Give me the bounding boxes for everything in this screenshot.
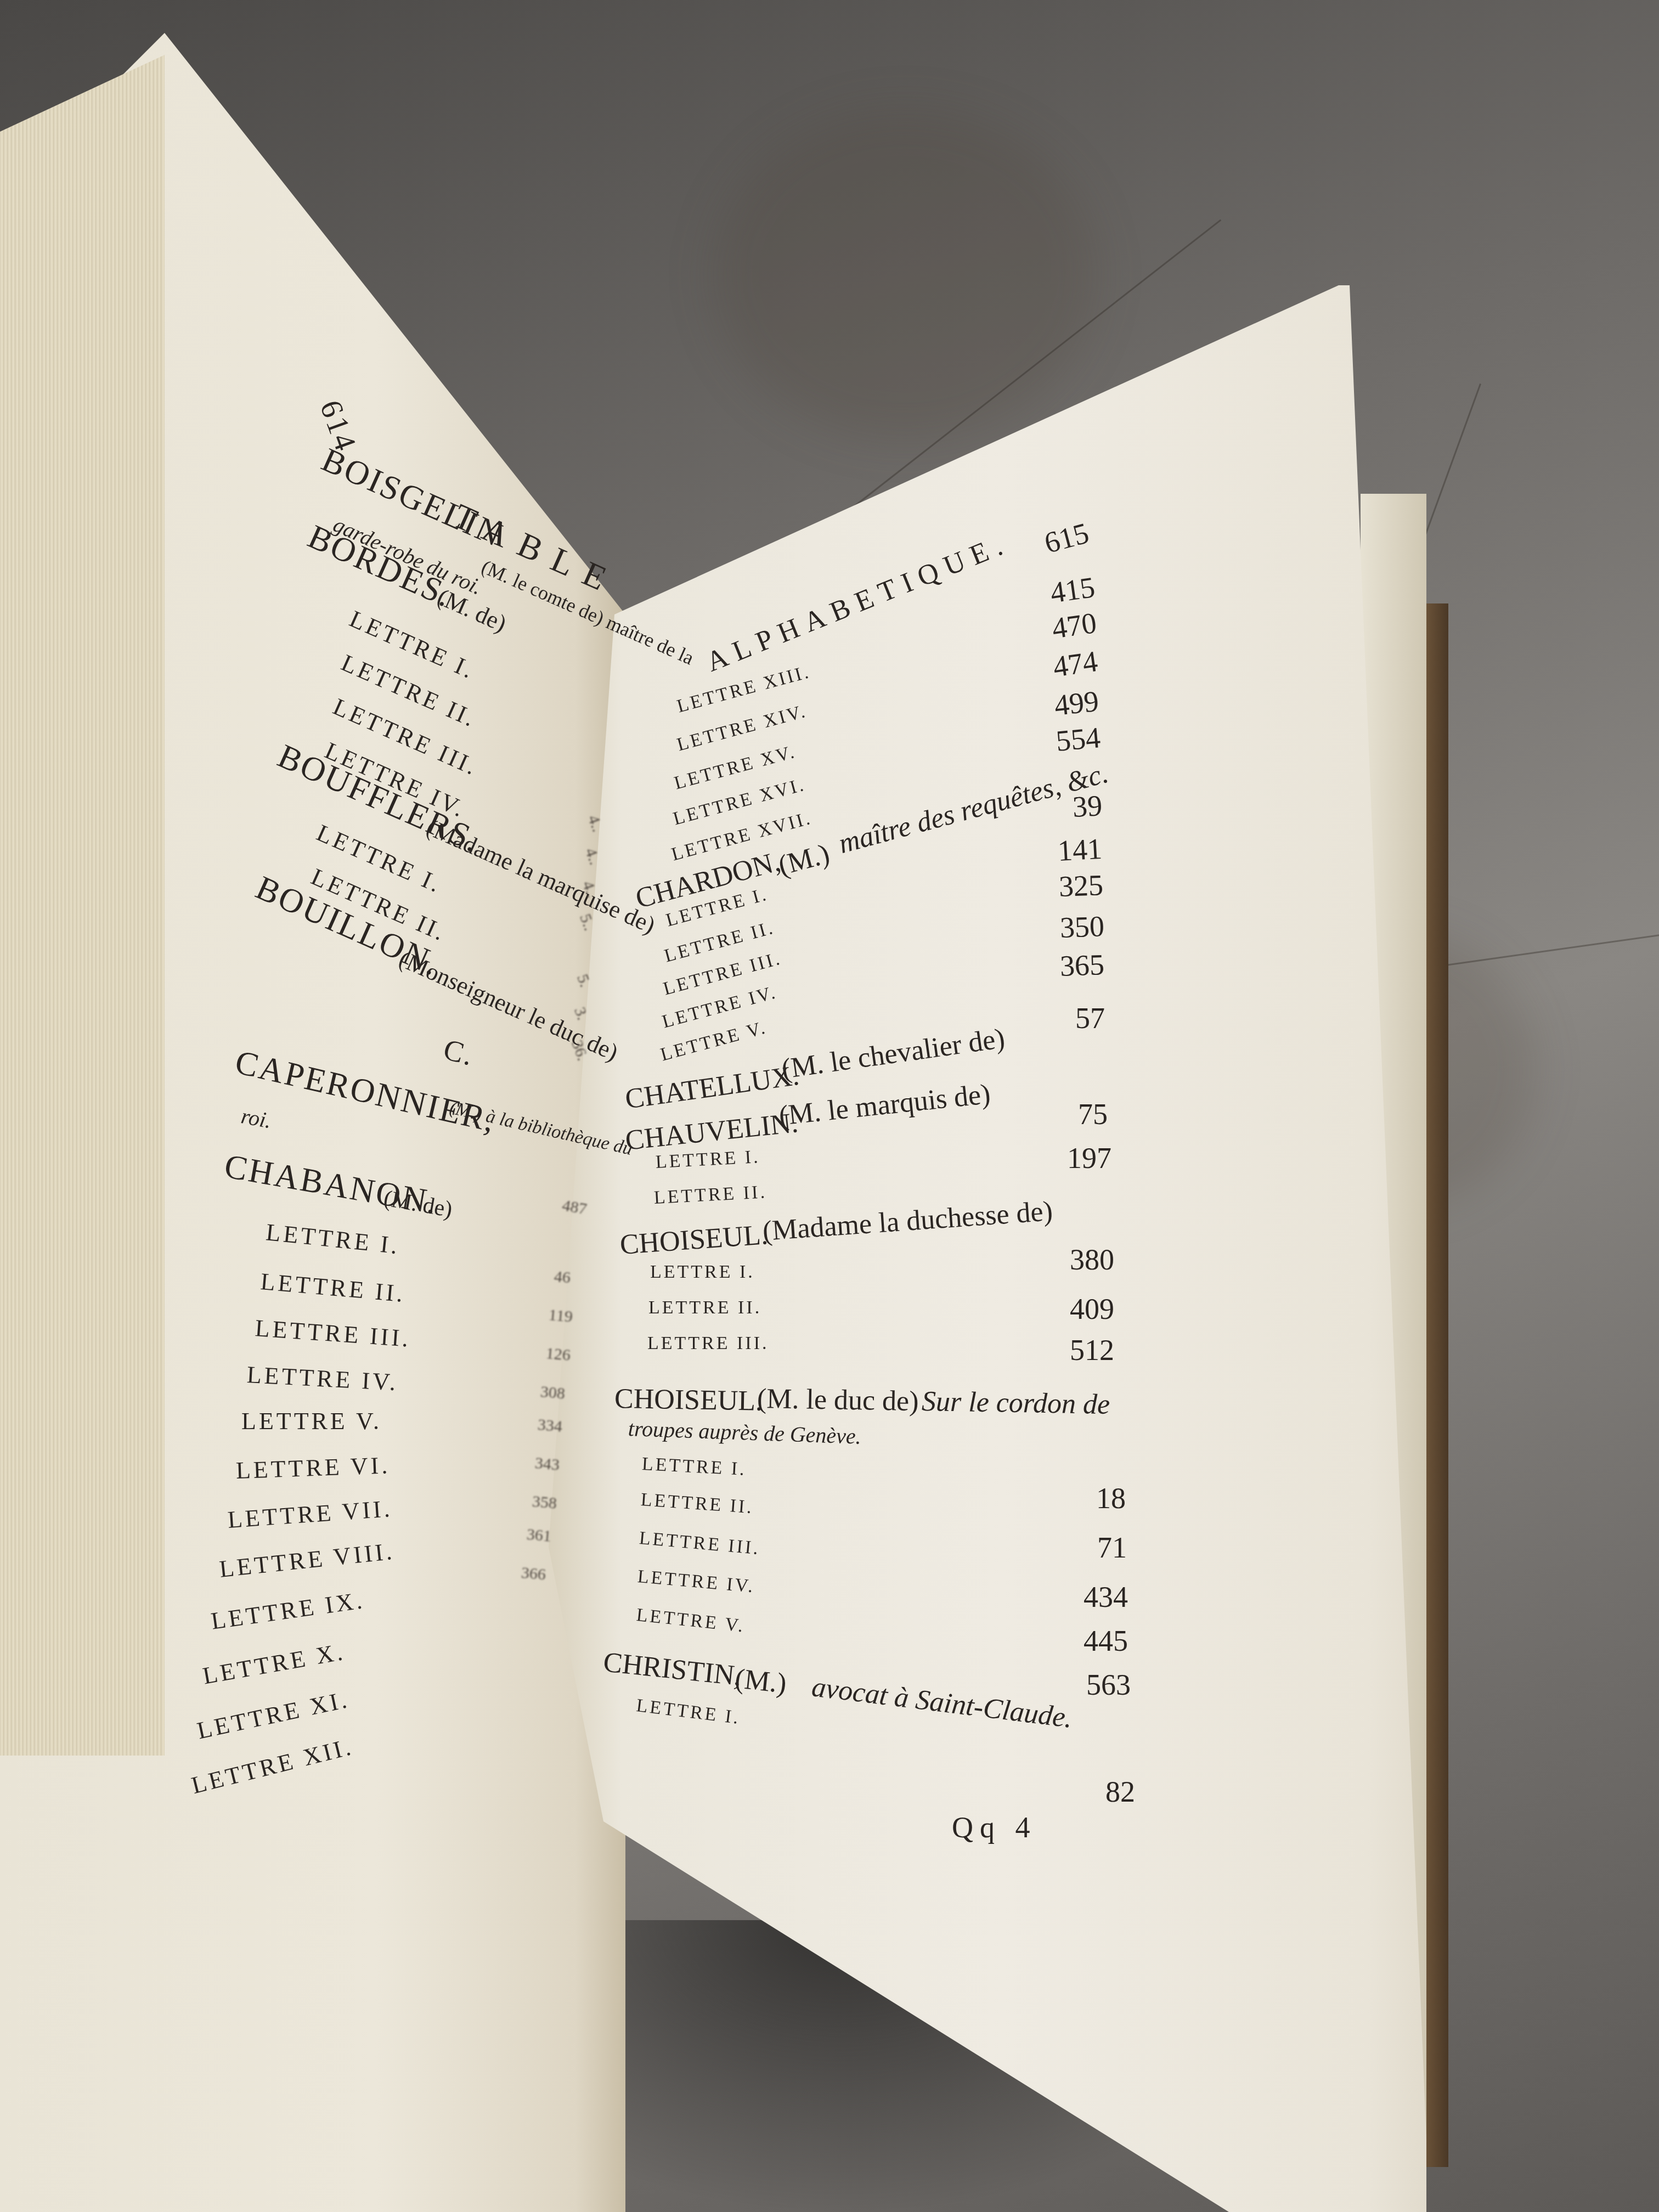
page-ref: 18 [1096, 1481, 1126, 1515]
signature-mark: Qq 4 [952, 1810, 1037, 1844]
page-ref: 126 [545, 1344, 572, 1365]
background-stain [713, 110, 1097, 439]
page-ref: 445 [1084, 1624, 1128, 1658]
page-ref: 365 [1059, 947, 1105, 983]
index-subentry: LETTRE VI. [235, 1451, 391, 1485]
page-ref: 141 [1057, 832, 1103, 868]
page-ref: 563 [1086, 1668, 1131, 1702]
page-ref: 71 [1097, 1531, 1127, 1565]
page-block-left [0, 55, 165, 1756]
page-ref: 499 [1053, 684, 1101, 723]
page-ref: 512 [1070, 1333, 1114, 1367]
index-entry-desc: (M.) [733, 1662, 788, 1700]
page-ref: 380 [1070, 1243, 1114, 1277]
page-ref: 361 [526, 1525, 552, 1546]
page-ref: 308 [540, 1383, 566, 1403]
page-ref: 434 [1084, 1580, 1128, 1614]
page-ref: 358 [532, 1492, 558, 1513]
page-ref: 119 [548, 1306, 574, 1327]
book-cover-edge [1426, 603, 1448, 2167]
page-ref: 75 [1078, 1097, 1108, 1131]
surface-crack [1437, 927, 1659, 967]
index-subentry: LETTRE II. [648, 1297, 761, 1318]
page-ref: 409 [1070, 1292, 1114, 1326]
page-ref: 366 [521, 1564, 547, 1584]
index-entry-name: CHOISEUL. [614, 1383, 763, 1418]
page-ref: 197 [1067, 1141, 1111, 1175]
page-ref: 415 [1048, 570, 1097, 610]
page-ref: 343 [534, 1454, 561, 1475]
page-ref: 474 [1051, 644, 1100, 684]
page-ref: 554 [1054, 720, 1102, 758]
index-entry-desc: roi. [239, 1103, 274, 1133]
index-subentry: LETTRE V. [241, 1407, 382, 1435]
index-subentry: LETTRE I. [650, 1262, 755, 1283]
index-entry-desc: Sur le cordon de [921, 1385, 1110, 1421]
page-ref: 46 [554, 1267, 572, 1287]
page-ref: 57 [1075, 1001, 1105, 1035]
page-ref: 82 [1105, 1775, 1135, 1809]
page-ref: 325 [1058, 868, 1104, 904]
index-entry-desc: (M. le duc de) [757, 1383, 919, 1418]
page-ref: 350 [1059, 909, 1105, 945]
page-ref: 334 [537, 1415, 563, 1436]
page-ref: 470 [1050, 606, 1099, 646]
page-ref: 39 [1071, 788, 1103, 824]
index-subentry: LETTRE III. [647, 1333, 769, 1354]
